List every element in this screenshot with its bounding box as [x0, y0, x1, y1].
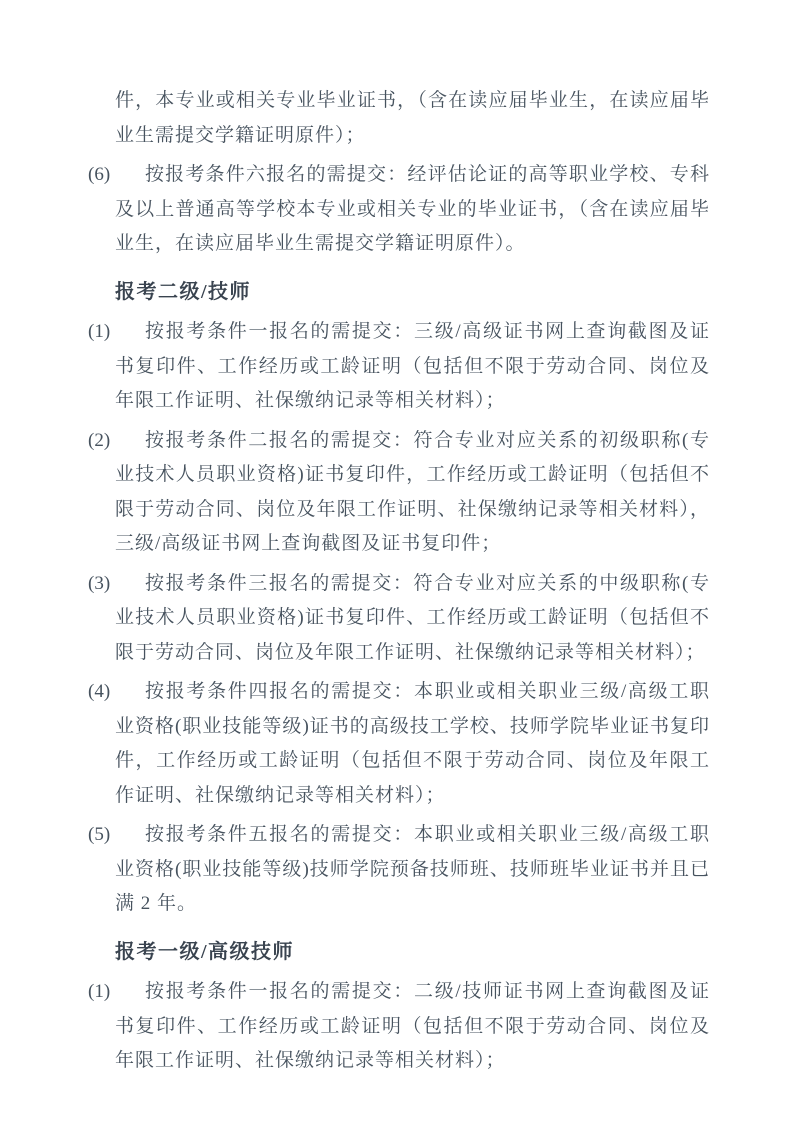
list-item-text: 按报考条件五报名的需提交：本职业或相关职业三级/高级工职业资格(职业技能等级)技…	[115, 818, 710, 922]
list-item-marker: (3)	[88, 567, 110, 602]
list-item-marker: (2)	[88, 424, 110, 459]
list-item: (5) 按报考条件五报名的需提交：本职业或相关职业三级/高级工职业资格(职业技能…	[88, 818, 710, 922]
list-item-text: 按报考条件六报名的需提交：经评估论证的高等职业学校、专科及以上普通高等学校本专业…	[115, 158, 710, 262]
list-item: (3) 按报考条件三报名的需提交：符合专业对应关系的中级职称(专业技术人员职业资…	[88, 567, 710, 671]
list-item-text: 按报考条件二报名的需提交：符合专业对应关系的初级职称(专业技术人员职业资格)证书…	[115, 424, 710, 562]
list-item-marker: (1)	[88, 315, 110, 350]
list-item: (4) 按报考条件四报名的需提交：本职业或相关职业三级/高级工职业资格(职业技能…	[88, 675, 710, 813]
section-heading-level1-senior-technician: 报考一级/高级技师	[115, 935, 710, 970]
list-item: (1) 按报考条件一报名的需提交：三级/高级证书网上查询截图及证书复印件、工作经…	[88, 315, 710, 419]
list-item-marker: (5)	[88, 818, 110, 853]
paragraph-continuation: 件，本专业或相关专业毕业证书，（含在读应届毕业生，在读应届毕业生需提交学籍证明原…	[115, 84, 710, 153]
list-item-text: 按报考条件三报名的需提交：符合专业对应关系的中级职称(专业技术人员职业资格)证书…	[115, 567, 710, 671]
list-item: (1) 按报考条件一报名的需提交：二级/技师证书网上查询截图及证书复印件、工作经…	[88, 975, 710, 1079]
list-item-text: 按报考条件一报名的需提交：二级/技师证书网上查询截图及证书复印件、工作经历或工龄…	[115, 975, 710, 1079]
list-item-text: 按报考条件一报名的需提交：三级/高级证书网上查询截图及证书复印件、工作经历或工龄…	[115, 315, 710, 419]
list-item-text: 按报考条件四报名的需提交：本职业或相关职业三级/高级工职业资格(职业技能等级)证…	[115, 675, 710, 813]
document-page: 件，本专业或相关专业毕业证书，（含在读应届毕业生，在读应届毕业生需提交学籍证明原…	[0, 0, 793, 1122]
section-heading-level2-technician: 报考二级/技师	[115, 275, 710, 310]
list-item-marker: (4)	[88, 675, 110, 710]
list-item-marker: (1)	[88, 975, 110, 1010]
list-item: (6) 按报考条件六报名的需提交：经评估论证的高等职业学校、专科及以上普通高等学…	[88, 158, 710, 262]
document-content: 件，本专业或相关专业毕业证书，（含在读应届毕业生，在读应届毕业生需提交学籍证明原…	[88, 84, 710, 1084]
list-item: (2) 按报考条件二报名的需提交：符合专业对应关系的初级职称(专业技术人员职业资…	[88, 424, 710, 562]
list-item-marker: (6)	[88, 158, 110, 193]
